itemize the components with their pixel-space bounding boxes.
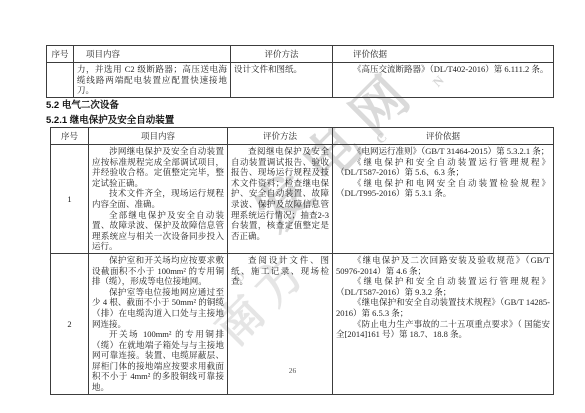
column-header: 评价依据 [333, 128, 554, 145]
column-header: 序号 [51, 128, 89, 145]
column-header: 评价依据 [333, 46, 554, 63]
evaluation-table-continued: 序号项目内容评价方法评价依据 力，并选用 C2 级断路器；高压送电海缆线路两端配… [46, 45, 554, 98]
paragraph: 保护室等电位接地网应通过至少 4 根、截面不小于 50mm² 的铜缆（排）在电缆… [92, 287, 224, 329]
table-row: 1涉网继电保护及安全自动装置应按标准规程完成全部调试项目，并经验收合格。定值整定… [51, 145, 554, 254]
paragraph: 《继电保护和安全自动装置技术规程》（GB/T 14285-2016）第 6.5.… [336, 297, 550, 318]
page-number: 26 [0, 366, 585, 375]
cell-evaluation-basis: 《电网运行准则》（GB/T 31464-2015）第 5.3.2.1 条；《继电… [333, 145, 554, 254]
table-header-row: 序号项目内容评价方法评价依据 [47, 46, 554, 63]
cell-serial-number: 1 [51, 145, 89, 254]
paragraph: 《继电保护和安全自动装置运行管理规程》（DL/T587-2016）第 9.3.2… [336, 276, 550, 297]
column-header: 评价方法 [231, 46, 333, 63]
table-row: 力，并选用 C2 级断路器；高压送电海缆线路两端配电装置应配置快速接地刀。设计文… [47, 63, 554, 98]
section-heading-5-2: 5.2 电气二次设备 [46, 97, 119, 111]
paragraph: 《继电保护和电网安全自动装置检验规程》（DL/T995-2016）第 5.3.1… [336, 178, 550, 199]
paragraph: 开关场 100mm² 的专用铜排（缆）在就地端子箱处与与主接地网可靠连接。装置、… [92, 329, 224, 393]
cell-item-content: 涉网继电保护及安全自动装置应按标准规程完成全部调试项目，并经验收合格。定值整定完… [89, 145, 228, 254]
paragraph: 《高压交流断路器》（DL/T402-2016）第 6.111.2 条。 [336, 64, 550, 75]
paragraph: 《电网运行准则》（GB/T 31464-2015）第 5.3.2.1 条； [336, 146, 550, 157]
paragraph: 《继电保护和安全自动装置运行管理规程》（DL/T587-2016）第 5.6、6… [336, 157, 550, 178]
cell-evaluation-method: 查阅继电保护及安全自动装置调试报告、验收报告、现场运行规程及技术文件资料；检查继… [228, 145, 333, 254]
column-header: 项目内容 [89, 128, 228, 145]
paragraph: 《防止电力生产事故的二十五项重点要求》（ 国能安全[2014]161 号）第 1… [336, 319, 550, 340]
cell-evaluation-method: 设计文件和图纸。 [231, 63, 333, 98]
evaluation-table-5-2-1: 序号项目内容评价方法评价依据 1涉网继电保护及安全自动装置应按标准规程完成全部调… [50, 127, 554, 395]
document-page: 发电网 C N 南方 D 序号项目内容评价方法评价依据 力，并选用 C2 级断路… [0, 0, 585, 413]
cell-serial-number [47, 63, 74, 98]
cell-evaluation-basis: 《高压交流断路器》（DL/T402-2016）第 6.111.2 条。 [333, 63, 554, 98]
paragraph: 全部继电保护及安全自动装置、故障录波、保护及故障信息管理系统应与相关一次设备同步… [92, 210, 224, 252]
paragraph: 保护室和开关场均应按要求敷设截面积不小于 100mm² 的专用铜排（缆），形成等… [92, 255, 224, 287]
paragraph: 《继电保护及二次回路安装及验收规范》（GB/T 50976-2014）第 4.6… [336, 255, 550, 276]
paragraph: 力，并选用 C2 级断路器；高压送电海缆线路两端配电装置应配置快速接地刀。 [77, 64, 227, 96]
column-header: 评价方法 [228, 128, 333, 145]
table-header-row: 序号项目内容评价方法评价依据 [51, 128, 554, 145]
paragraph: 查阅设计文件、图纸、施工记录、现场检查。 [231, 255, 329, 287]
cell-item-content: 力，并选用 C2 级断路器；高压送电海缆线路两端配电装置应配置快速接地刀。 [74, 63, 231, 98]
paragraph: 设计文件和图纸。 [234, 64, 329, 75]
paragraph: 涉网继电保护及安全自动装置应按标准规程完成全部调试项目，并经验收合格。定值整定完… [92, 146, 224, 188]
section-heading-5-2-1: 5.2.1 继电保护及安全自动装置 [46, 112, 174, 126]
column-header: 项目内容 [74, 46, 231, 63]
column-header: 序号 [47, 46, 74, 63]
paragraph: 技术文件齐全，现场运行规程内容全面、准确。 [92, 188, 224, 209]
paragraph: 查阅继电保护及安全自动装置调试报告、验收报告、现场运行规程及技术文件资料；检查继… [231, 146, 329, 241]
